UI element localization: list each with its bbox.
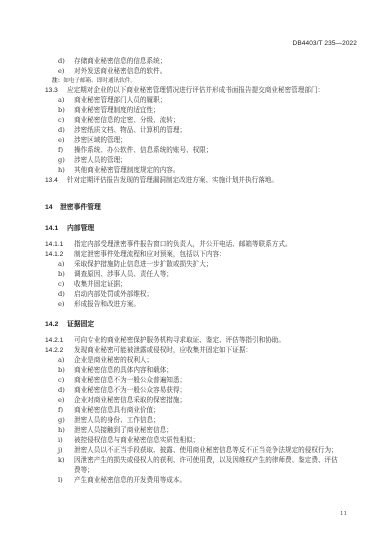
section-number: 14.2 bbox=[45, 320, 58, 329]
list-item-label: f) bbox=[58, 406, 63, 415]
list-item-label: k) bbox=[58, 456, 65, 465]
list-item-label: d) bbox=[58, 57, 65, 66]
list-item-text: 泄密人员接触到了商业秘密信息； bbox=[74, 426, 173, 435]
list-item-label: b) bbox=[58, 366, 65, 375]
section-title: 证据固定 bbox=[67, 320, 94, 329]
clause-number: 14.1.1 bbox=[45, 240, 63, 249]
list-item-text-continuation: 费等； bbox=[74, 466, 94, 475]
list-item-label: c) bbox=[58, 116, 64, 125]
list-item-label: b) bbox=[58, 270, 65, 279]
list-item-label: c) bbox=[58, 376, 64, 385]
list-item-label: d) bbox=[58, 126, 65, 135]
list-item-label: a) bbox=[58, 260, 65, 269]
list-item-label: e) bbox=[58, 136, 64, 145]
list-item-label: b) bbox=[58, 106, 65, 115]
list-item-text: 泄密人员的身份、工作信息； bbox=[74, 416, 160, 425]
list-item-label: c) bbox=[58, 280, 64, 289]
list-item-text: 被控侵权信息与商业秘密信息实质性相似； bbox=[74, 436, 199, 445]
clause-number: 13.3 bbox=[45, 86, 58, 95]
section-number: 14.1 bbox=[45, 224, 58, 233]
list-item-label: j) bbox=[58, 446, 63, 455]
note-label: 注： bbox=[52, 78, 63, 84]
clause-text: 可向专业的商业秘密保护服务机构寻求取证、鉴定、评估等指引和协助。 bbox=[74, 336, 285, 345]
list-item-text: 启动内部处罚或外部维权； bbox=[74, 290, 153, 299]
list-item-label: e) bbox=[58, 300, 64, 309]
list-item-text: 商业秘密管理部门人员的履职； bbox=[74, 96, 166, 105]
list-item-text: 企业对商业秘密信息采取的保密措施； bbox=[74, 396, 186, 405]
list-item-label: h) bbox=[58, 426, 65, 435]
list-item-label: g) bbox=[58, 416, 65, 425]
list-item-text: 商业秘密信息具有商业价值； bbox=[74, 406, 160, 415]
list-item-text: 泄密人员以不正当手段获取、披露、使用商业秘密信息等反不正当竞争法规定的侵权行为； bbox=[74, 446, 338, 455]
list-item-text: 采取保护措施防止信息进一步扩散或损失扩大； bbox=[74, 260, 212, 269]
page-number: 11 bbox=[340, 511, 347, 517]
list-item-text: 商业秘密信息的定密、分级、流转； bbox=[74, 116, 180, 125]
list-item-text: 涉密纸质文档、物品、计算机的管理； bbox=[74, 126, 186, 135]
list-item-text: 其他商业秘密管理制度规定的内容。 bbox=[74, 166, 180, 175]
list-item-label: e) bbox=[58, 396, 64, 405]
clause-text: 针对定期评估报告发现的管理漏洞制定改进方案、实施计划并执行落地。 bbox=[67, 176, 278, 185]
list-item-label: g) bbox=[58, 156, 65, 165]
list-item-text: 调查原因、涉事人员、责任人等； bbox=[74, 270, 173, 279]
list-item-label: d) bbox=[58, 386, 65, 395]
list-item-label: l) bbox=[58, 476, 63, 485]
clause-number: 14.2.2 bbox=[45, 346, 63, 355]
clause-text: 发现商业秘密可能被泄露或侵权时，应收集并固定如下证据： bbox=[74, 346, 252, 355]
clause-number: 13.4 bbox=[45, 176, 58, 185]
list-item-label: h) bbox=[58, 166, 65, 175]
list-item-label: e) bbox=[58, 67, 64, 76]
section-number: 14 bbox=[45, 203, 53, 212]
list-item-text: 商业秘密管理制度的适宜性； bbox=[74, 106, 160, 115]
list-item-text: 商业秘密信息不为一般公众容易获得； bbox=[74, 386, 186, 395]
list-item-text: 涉密区域的管理； bbox=[74, 136, 127, 145]
list-item-text: 操作系统、办公软件、信息系统的账号、权限； bbox=[74, 146, 212, 155]
list-item-text: 商业秘密信息的具体内容和载体； bbox=[74, 366, 173, 375]
list-item-label: d) bbox=[58, 290, 65, 299]
clause-number: 14.1.2 bbox=[45, 250, 63, 259]
list-item-label: i) bbox=[58, 436, 63, 445]
clause-text: 应定期对企业的以下商业秘密管理情况进行评估并形成书面报告提交商业秘密管理部门： bbox=[67, 86, 324, 95]
note: 注：如电子邮箱、即时通讯软件。 bbox=[52, 77, 136, 86]
clause-text: 指定内部受理泄密事件报告窗口的负责人，并公开电话、邮箱等联系方式。 bbox=[74, 240, 292, 249]
list-item-text: 形成报告和改进方案。 bbox=[74, 300, 140, 309]
list-item-text: 企业是商业秘密的权利人； bbox=[74, 356, 153, 365]
list-item-text: 收集并固定证据； bbox=[74, 280, 127, 289]
section-title: 泄密事件管理 bbox=[60, 203, 101, 212]
list-item-text: 存储商业秘密信息的信息系统； bbox=[74, 57, 166, 66]
section-title: 内部管理 bbox=[67, 224, 94, 233]
list-item-label: a) bbox=[58, 356, 65, 365]
document-id-header: DB4403/T 235—2022 bbox=[293, 40, 357, 47]
list-item-text: 涉密人员的管理； bbox=[74, 156, 127, 165]
clause-text: 制定泄密事件处理流程和应对预案，包括以下内容： bbox=[74, 250, 226, 259]
clause-number: 14.2.1 bbox=[45, 336, 63, 345]
list-item-label: f) bbox=[58, 146, 63, 155]
note-text: 如电子邮箱、即时通讯软件。 bbox=[63, 78, 136, 84]
list-item-text: 因泄密产生的损失或侵权人的获利、许可使用费，以及因维权产生的律师费、鉴定费、评估 bbox=[74, 456, 338, 465]
list-item-text: 对外发送商业秘密信息的软件。 bbox=[74, 67, 166, 76]
list-item-text: 商业秘密信息不为一般公众普遍知悉； bbox=[74, 376, 186, 385]
list-item-text: 产生商业秘密信息的开发费用等成本。 bbox=[74, 476, 186, 485]
list-item-label: a) bbox=[58, 96, 65, 105]
